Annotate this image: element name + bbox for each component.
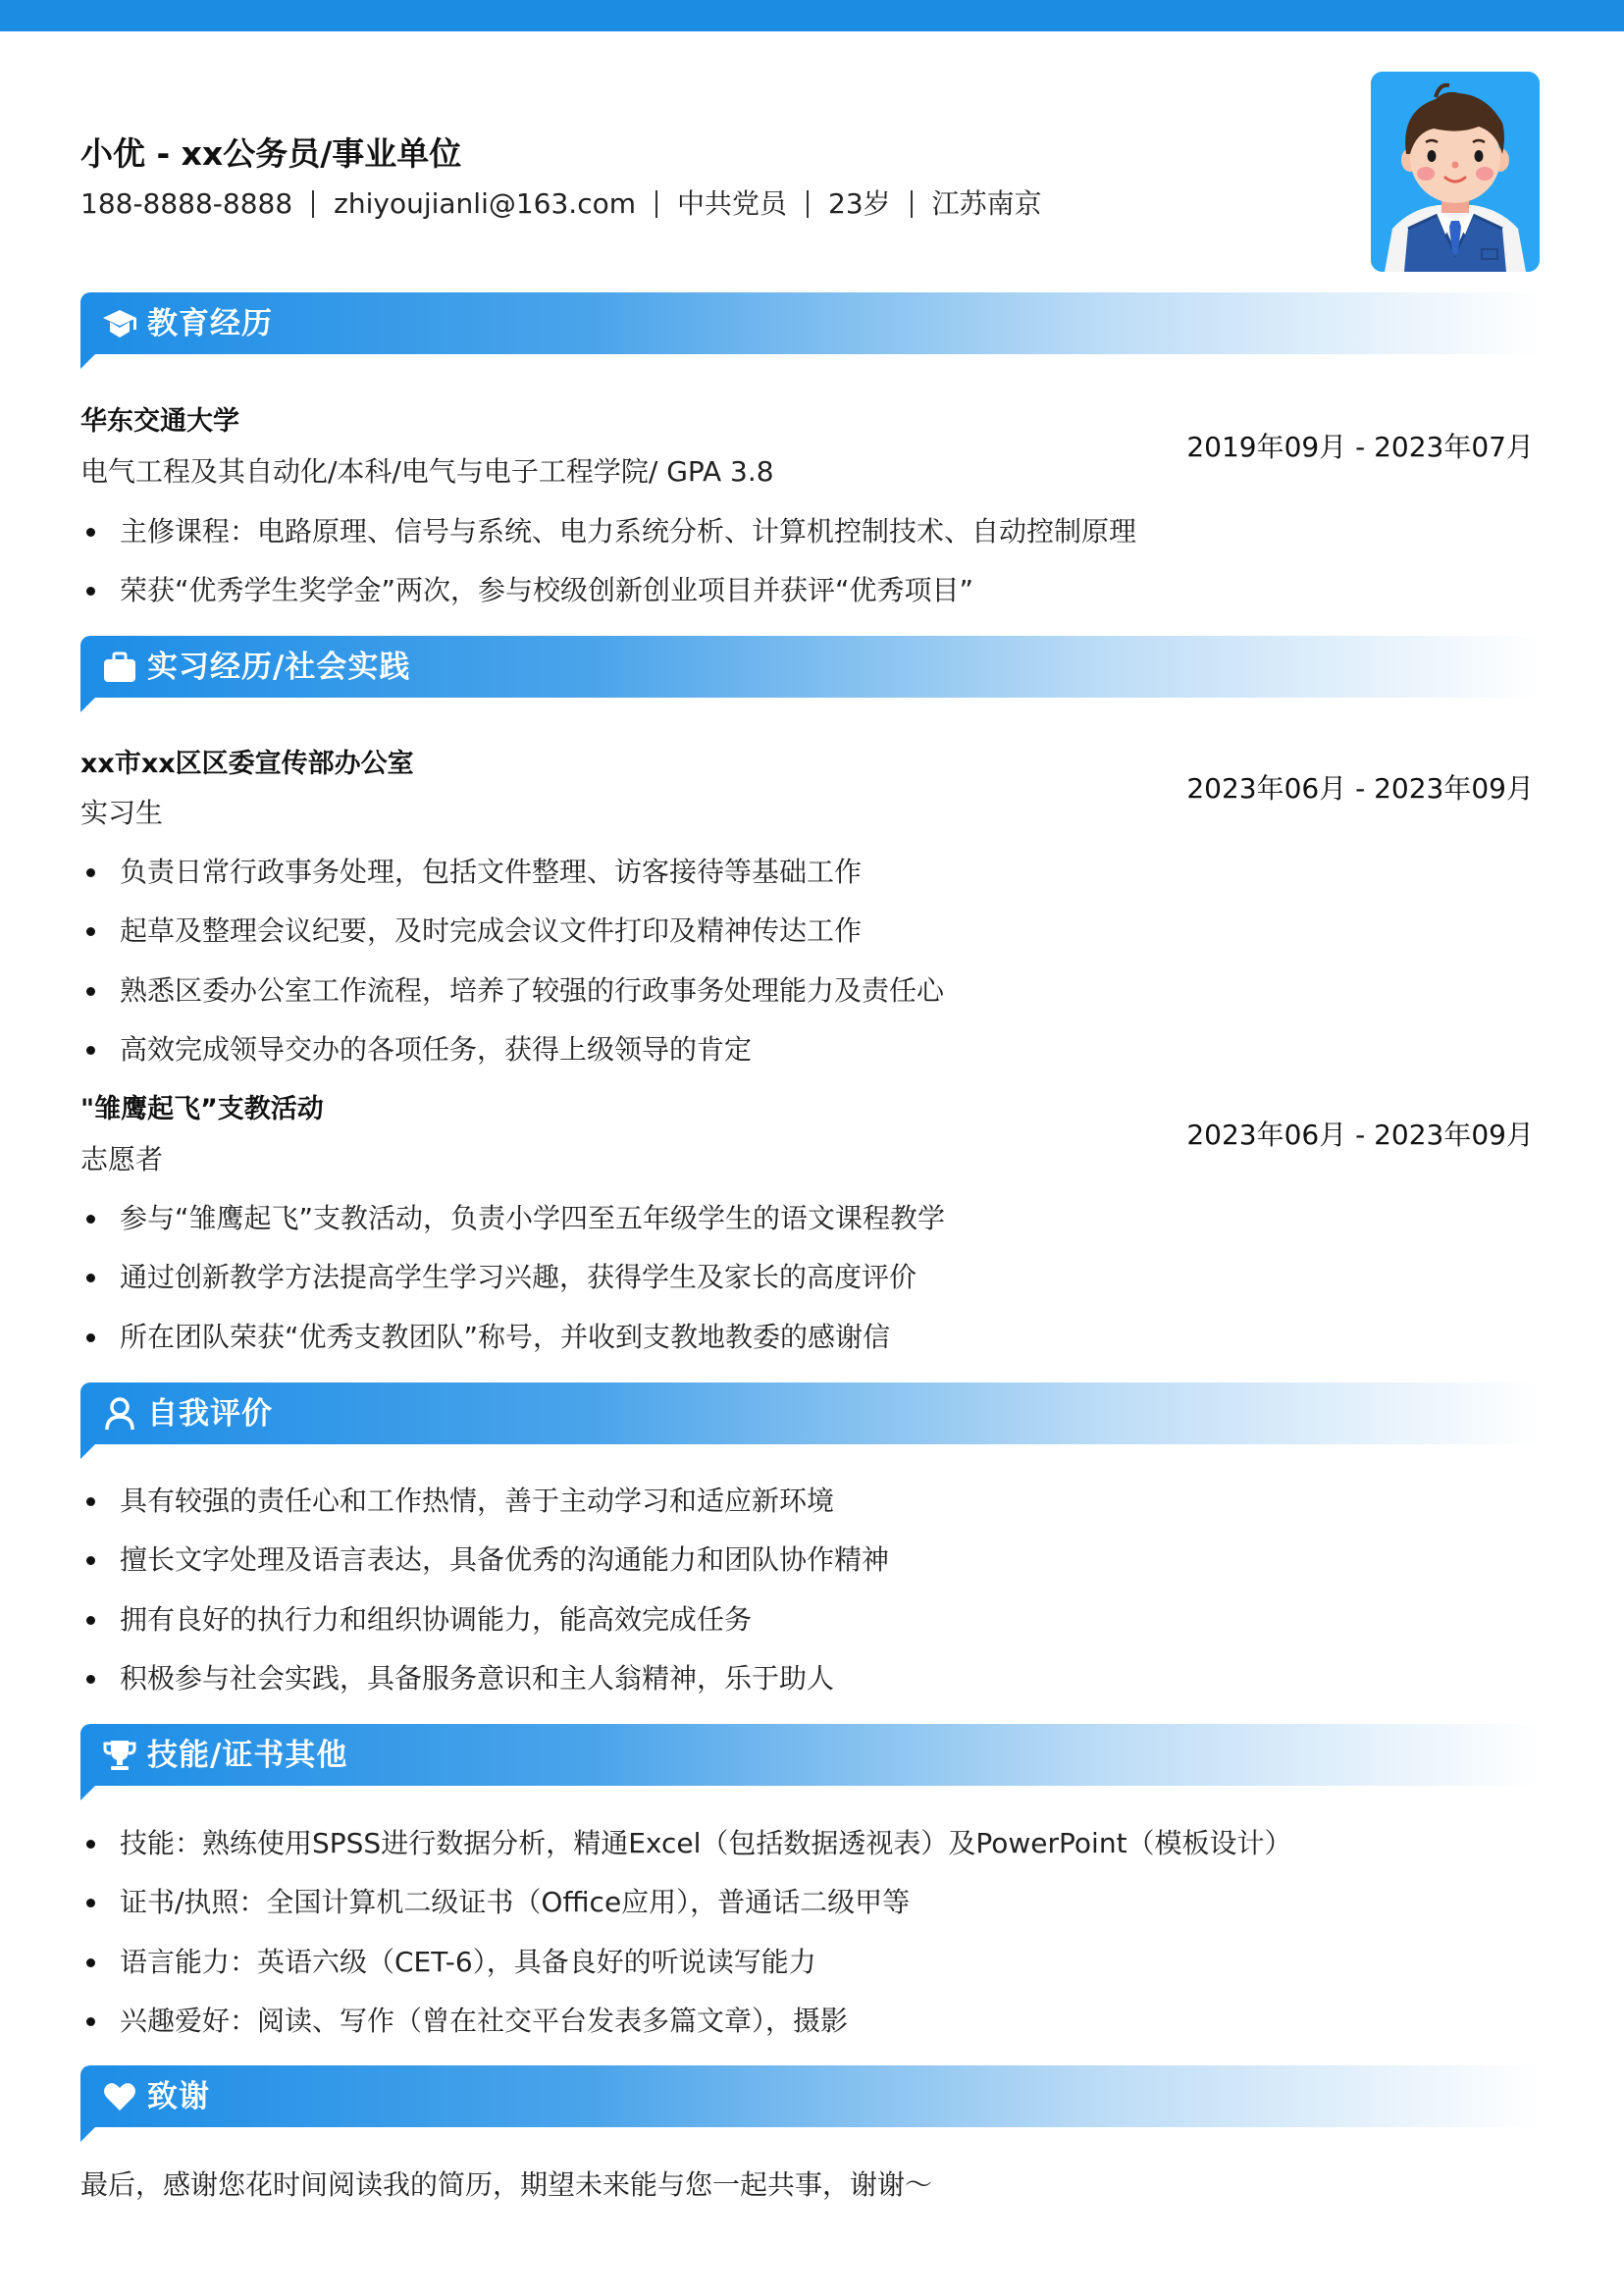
location: 江苏南京 <box>932 184 1042 224</box>
organization-name: xx市xx区区委宣传部办公室 <box>80 745 414 784</box>
trophy-icon <box>102 1738 137 1773</box>
list-item: 积极参与社会实践，具备服务意识和主人翁精神，乐于助人 <box>80 1659 889 1718</box>
user-icon <box>102 1396 137 1432</box>
contact-line: 188-8888-8888 zhiyoujianli@163.com 中共党员 … <box>80 184 1042 224</box>
list-item: 主修课程：电路原理、信号与系统、电力系统分析、计算机控制技术、自动控制原理 <box>80 512 1136 571</box>
briefcase-icon <box>102 650 137 685</box>
political-status: 中共党员 <box>677 184 787 224</box>
organization-name: "雏鹰起飞”支教活动 <box>80 1090 324 1129</box>
avatar <box>1371 72 1540 272</box>
list-item: 语言能力：英语六级（CET-6），具备良好的听说读写能力 <box>80 1943 1292 2002</box>
avatar-illustration-icon <box>1371 72 1540 272</box>
list-item: 所在团队荣获“优秀支教团队”称号，并收到支教地教委的感谢信 <box>80 1318 945 1377</box>
list-item: 熟悉区委办公室工作流程，培养了较强的行政事务处理能力及责任心 <box>80 971 944 1030</box>
list-item: 通过创新教学方法提高学生学习兴趣，获得学生及家长的高度评价 <box>80 1258 945 1317</box>
email: zhiyoujianli@163.com <box>334 184 636 224</box>
skills-bullets: 技能：熟练使用SPSS进行数据分析，精通Excel（包括数据透视表）及Power… <box>80 1824 1292 2060</box>
section-header-education: 教育经历 <box>80 292 1541 354</box>
divider <box>312 190 314 218</box>
header-tail <box>80 1443 96 1459</box>
age: 23岁 <box>828 184 891 224</box>
header-tail <box>80 1785 96 1800</box>
list-item: 擅长文字处理及语言表达，具备优秀的沟通能力和团队协作精神 <box>80 1540 889 1599</box>
role: 实习生 <box>80 794 163 833</box>
thanks-text: 最后，感谢您花时间阅读我的简历，期望未来能与您一起共事，谢谢～ <box>80 2165 932 2205</box>
divider <box>807 190 809 218</box>
divider <box>655 190 657 218</box>
section-title: 教育经历 <box>147 304 273 343</box>
section-title: 技能/证书其他 <box>147 1736 347 1775</box>
school-name: 华东交通大学 <box>80 402 239 442</box>
role: 志愿者 <box>80 1140 163 1179</box>
education-date: 2019年09月 - 2023年07月 <box>1186 428 1534 467</box>
section-header-skills: 技能/证书其他 <box>80 1724 1541 1786</box>
header-tail <box>80 2126 96 2142</box>
header-tail <box>80 353 96 369</box>
experience-bullets: 参与“雏鹰起飞”支教活动，负责小学四至五年级学生的语文课程教学 通过创新教学方法… <box>80 1199 945 1377</box>
list-item: 参与“雏鹰起飞”支教活动，负责小学四至五年级学生的语文课程教学 <box>80 1199 945 1258</box>
degree-detail: 电气工程及其自动化/本科/电气与电子工程学院/ GPA 3.8 <box>80 452 774 492</box>
top-accent-bar <box>0 0 1624 31</box>
experience-bullets: 负责日常行政事务处理，包括文件整理、访客接待等基础工作 起草及整理会议纪要，及时… <box>80 853 944 1089</box>
list-item: 高效完成领导交办的各项任务，获得上级领导的肯定 <box>80 1030 944 1089</box>
section-header-experience: 实习经历/社会实践 <box>80 636 1541 698</box>
list-item: 兴趣爱好：阅读、写作（曾在社交平台发表多篇文章），摄影 <box>80 2002 1292 2060</box>
phone: 188-8888-8888 <box>80 184 292 224</box>
list-item: 荣获“优秀学生奖学金”两次，参与校级创新创业项目并获评“优秀项目” <box>80 571 1136 630</box>
experience-date: 2023年06月 - 2023年09月 <box>1186 1116 1534 1155</box>
experience-date: 2023年06月 - 2023年09月 <box>1186 769 1534 808</box>
education-bullets: 主修课程：电路原理、信号与系统、电力系统分析、计算机控制技术、自动控制原理 荣获… <box>80 512 1136 631</box>
list-item: 技能：熟练使用SPSS进行数据分析，精通Excel（包括数据透视表）及Power… <box>80 1824 1292 1883</box>
graduation-cap-icon <box>102 306 137 341</box>
heart-icon <box>102 2079 137 2114</box>
section-title: 实习经历/社会实践 <box>147 648 410 687</box>
header-tail <box>80 697 96 712</box>
self-evaluation-bullets: 具有较强的责任心和工作热情，善于主动学习和适应新环境 擅长文字处理及语言表达，具… <box>80 1482 889 1718</box>
list-item: 负责日常行政事务处理，包括文件整理、访客接待等基础工作 <box>80 853 944 912</box>
list-item: 起草及整理会议纪要，及时完成会议文件打印及精神传达工作 <box>80 912 944 970</box>
list-item: 具有较强的责任心和工作热情，善于主动学习和适应新环境 <box>80 1482 889 1540</box>
section-title: 自我评价 <box>147 1394 273 1434</box>
section-title: 致谢 <box>147 2077 210 2116</box>
section-header-thanks: 致谢 <box>80 2065 1541 2127</box>
list-item: 证书/执照：全国计算机二级证书（Office应用），普通话二级甲等 <box>80 1883 1292 1942</box>
resume-name-title: 小优 - xx公务员/事业单位 <box>80 132 461 176</box>
section-header-self-evaluation: 自我评价 <box>80 1382 1541 1444</box>
list-item: 拥有良好的执行力和组织协调能力，能高效完成任务 <box>80 1600 889 1659</box>
divider <box>911 190 913 218</box>
